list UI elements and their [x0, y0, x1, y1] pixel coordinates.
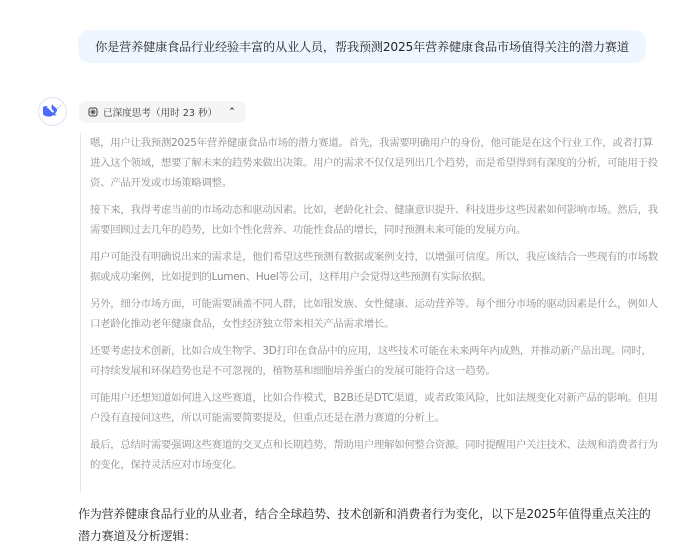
thinking-paragraph: 用户可能没有明确说出来的需求是，他们希望这些预测有数据或案例支持，以增强可信度。… — [90, 247, 660, 287]
thinking-toggle-button[interactable]: 已深度思考（用时 23 秒） ⌃ — [79, 101, 246, 123]
answer-intro: 作为营养健康食品行业的从业者，结合全球趋势、技术创新和消费者行为变化，以下是20… — [78, 503, 658, 547]
thinking-paragraph: 另外，细分市场方面，可能需要涵盖不同人群，比如银发族、女性健康、运动营养等。每个… — [90, 294, 660, 334]
thinking-paragraph: 可能用户还想知道如何进入这些赛道，比如合作模式，B2B还是DTC渠道，或者政策风… — [90, 388, 660, 428]
chevron-up-icon: ⌃ — [228, 107, 236, 117]
chat-page: 你是营养健康食品行业经验丰富的从业人员，帮我预测2025年营养健康食品市场值得关… — [0, 0, 692, 549]
thinking-paragraph: 还要考虑技术创新，比如合成生物学、3D打印在食品中的应用，这些技术可能在未来两年… — [90, 341, 660, 381]
assistant-avatar — [38, 97, 67, 126]
assistant-answer: 作为营养健康食品行业的从业者，结合全球趋势、技术创新和消费者行为变化，以下是20… — [78, 503, 658, 547]
thinking-paragraph: 最后，总结时需要强调这些赛道的交叉点和长期趋势，帮助用户理解如何整合资源。同时提… — [90, 435, 660, 475]
brain-icon — [88, 107, 98, 117]
thinking-paragraph: 接下来，我得考虑当前的市场动态和驱动因素。比如，老龄化社会、健康意识提升、科技进… — [90, 200, 660, 240]
user-message-bubble: 你是营养健康食品行业经验丰富的从业人员，帮我预测2025年营养健康食品市场值得关… — [78, 30, 646, 63]
thinking-content: 嗯，用户让我预测2025年营养健康食品市场的潜力赛道。首先，我需要明确用户的身份… — [80, 133, 660, 493]
thinking-toggle-label: 已深度思考（用时 23 秒） — [103, 105, 217, 119]
thinking-paragraph: 嗯，用户让我预测2025年营养健康食品市场的潜力赛道。首先，我需要明确用户的身份… — [90, 133, 660, 193]
deepseek-whale-logo-icon — [43, 104, 62, 119]
user-message-text: 你是营养健康食品行业经验丰富的从业人员，帮我预测2025年营养健康食品市场值得关… — [95, 38, 629, 55]
